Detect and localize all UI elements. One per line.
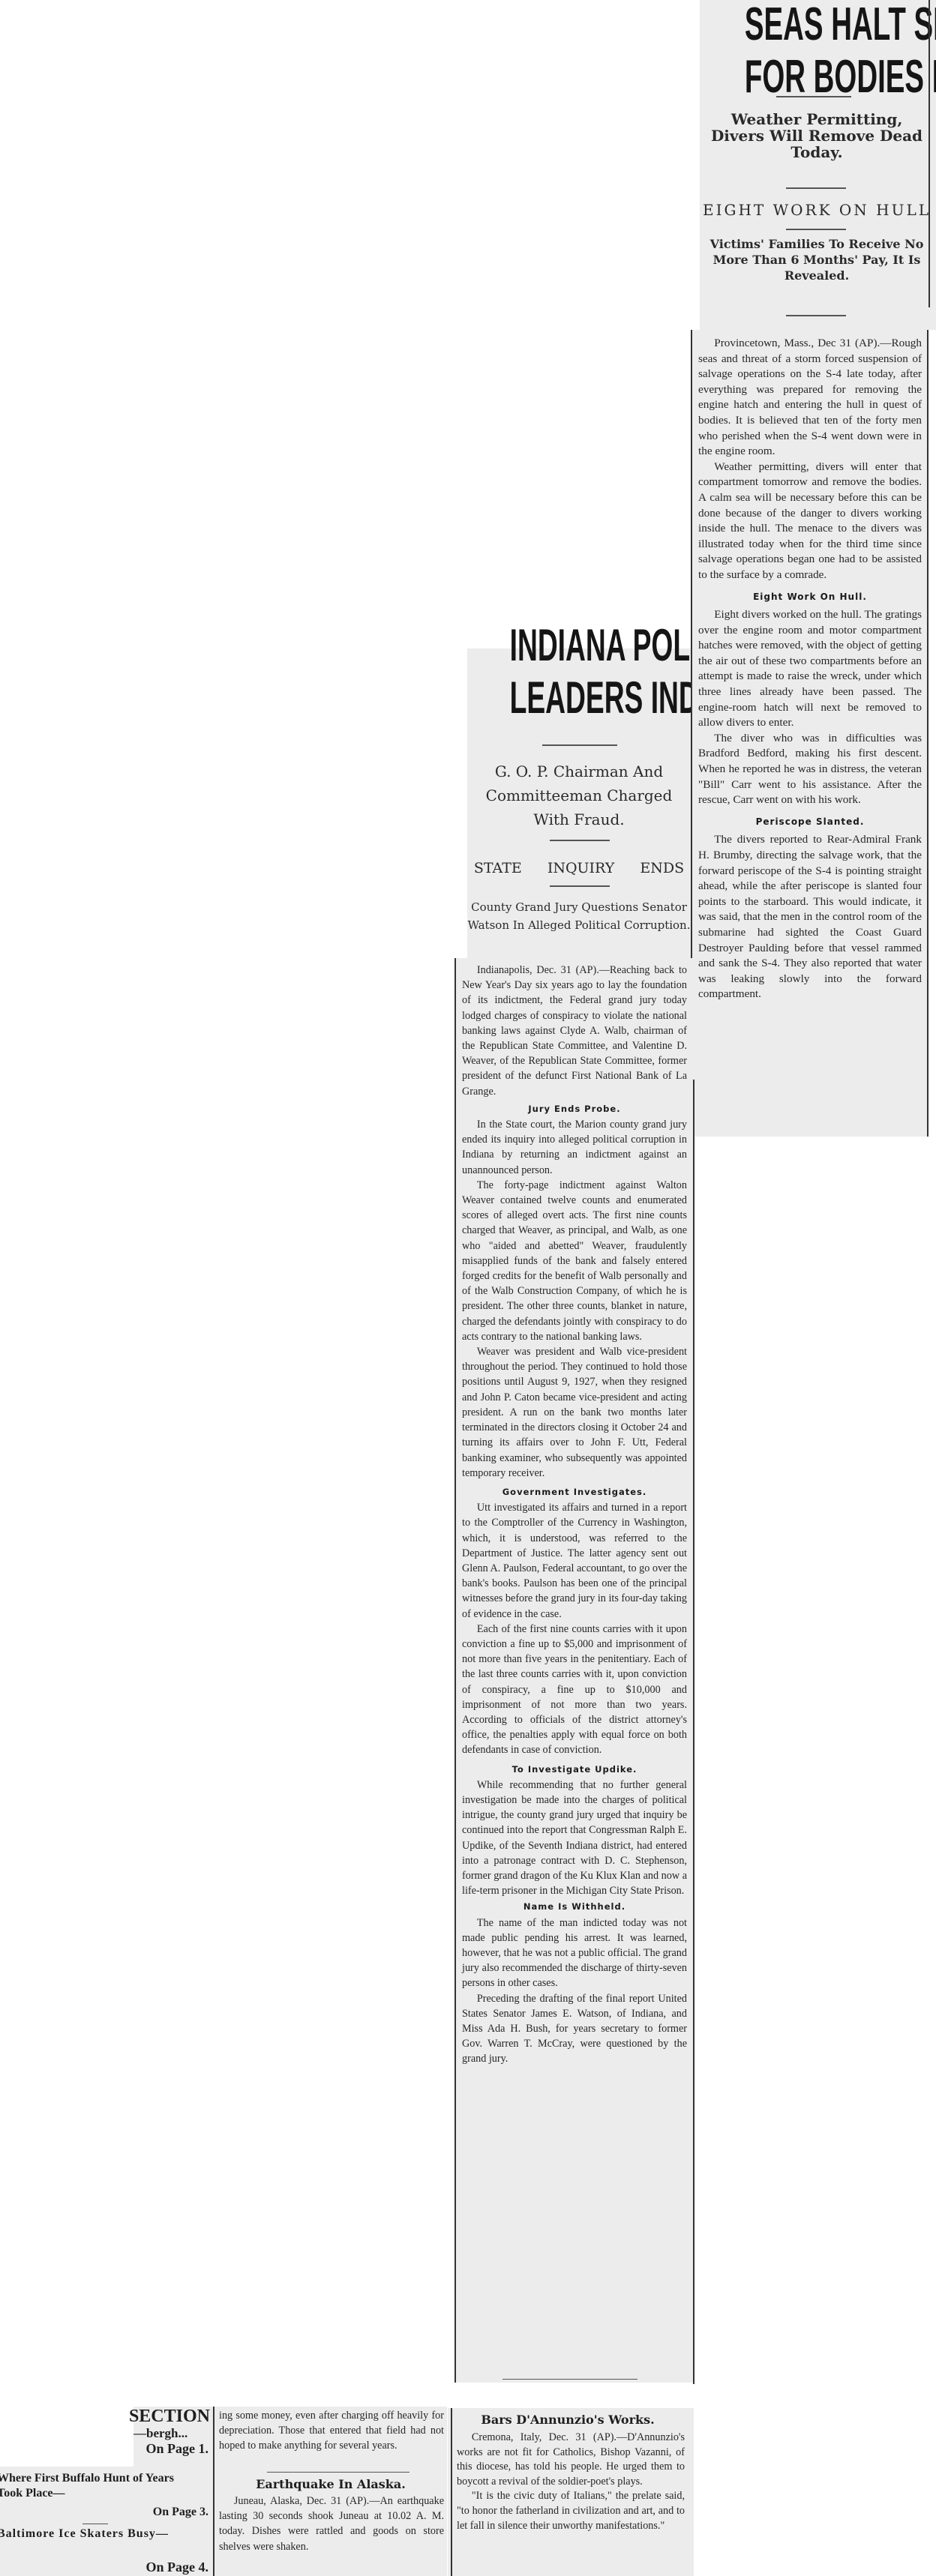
s4-deck-3: Victims' Families To Receive No More Tha… <box>700 236 934 283</box>
dannunzio-headline: Bars D'Annunzio's Works. <box>448 2413 688 2427</box>
index-entry-page[interactable]: On Page 4. <box>146 2560 209 2575</box>
dannunzio-block: Bars D'Annunzio's Works. Cremona, Italy,… <box>448 2408 694 2576</box>
s4-body-block: Provincetown, Mass., Dec 31 (AP).—Rough … <box>691 330 928 1137</box>
index-entry-page[interactable]: On Page 1. <box>146 2441 209 2457</box>
column-rule <box>451 2408 452 2576</box>
index-entry-title: ...bergh— <box>133 2426 211 2441</box>
indiana-subhead-updike: To Investigate Updike. <box>462 1762 687 1777</box>
s4-deck-2: EIGHT WORK ON HULL <box>700 201 934 219</box>
indiana-subhead-government: Government Investigates. <box>462 1484 687 1499</box>
column-rule <box>928 0 930 307</box>
earthquake-body: Juneau, Alaska, Dec. 31 (AP).—An earthqu… <box>219 2494 444 2554</box>
middle-fragment: ing some money, even after charging off … <box>219 2408 444 2454</box>
divider <box>786 315 846 316</box>
indiana-deck-3: County Grand Jury Questions Senator Wats… <box>467 898 691 934</box>
divider <box>786 187 846 189</box>
column-rule <box>693 1080 694 2384</box>
s4-headline-block: SEAS HALT SEARCH FOR BODIES IN S-4 Weath… <box>700 0 936 330</box>
divider <box>550 840 610 841</box>
indiana-deck-2: STATE INQUIRY ENDS <box>467 860 691 876</box>
indiana-headline-block: INDIANA POLITICAL LEADERS INDICTED G. O.… <box>467 648 691 960</box>
divider <box>82 2524 108 2524</box>
divider <box>550 885 610 887</box>
s4-subhead-periscope: Periscope Slanted. <box>698 814 922 830</box>
index-entry-page[interactable]: On Page 3. <box>153 2506 208 2519</box>
column-rule <box>927 330 928 1137</box>
divider <box>786 229 846 230</box>
s4-headline: SEAS HALT SEARCH FOR BODIES IN S-4 <box>700 1 936 100</box>
column-rule <box>454 958 456 2383</box>
divider <box>267 2472 409 2473</box>
divider <box>502 2379 637 2380</box>
index-heading: SECTION <box>129 2407 210 2427</box>
indiana-body: Indianapolis, Dec. 31 (AP).—Reaching bac… <box>462 963 687 2067</box>
indiana-subhead-jury-ends: Jury Ends Probe. <box>462 1101 687 1116</box>
indiana-body-block: Indianapolis, Dec. 31 (AP).—Reaching bac… <box>456 958 693 2383</box>
indiana-headline: INDIANA POLITICAL LEADERS INDICTED <box>467 623 691 720</box>
middle-column: ing some money, even after charging off … <box>214 2407 447 2576</box>
s4-body: Provincetown, Mass., Dec 31 (AP).—Rough … <box>698 336 922 1002</box>
indiana-deck-1: G. O. P. Chairman And Committeeman Charg… <box>467 759 691 831</box>
index-entry-title: Where First Buffalo Hunt of Years Took P… <box>0 2471 184 2501</box>
s4-deck-1: Weather Permitting, Divers Will Remove D… <box>704 111 929 160</box>
earthquake-headline: Earthquake In Alaska. <box>214 2477 447 2491</box>
index-entry-title: Baltimore Ice Skaters Busy— <box>0 2527 184 2542</box>
divider <box>776 96 851 97</box>
divider <box>542 744 617 746</box>
index-box-content: SECTION ...bergh— On Page 1. Where First… <box>0 2407 211 2576</box>
dannunzio-body: Cremona, Italy, Dec. 31 (AP).—D'Annunzio… <box>457 2431 685 2533</box>
s4-subhead-eight-work: Eight Work On Hull. <box>698 589 922 605</box>
indiana-subhead-name-withheld: Name Is Withheld. <box>462 1899 687 1914</box>
